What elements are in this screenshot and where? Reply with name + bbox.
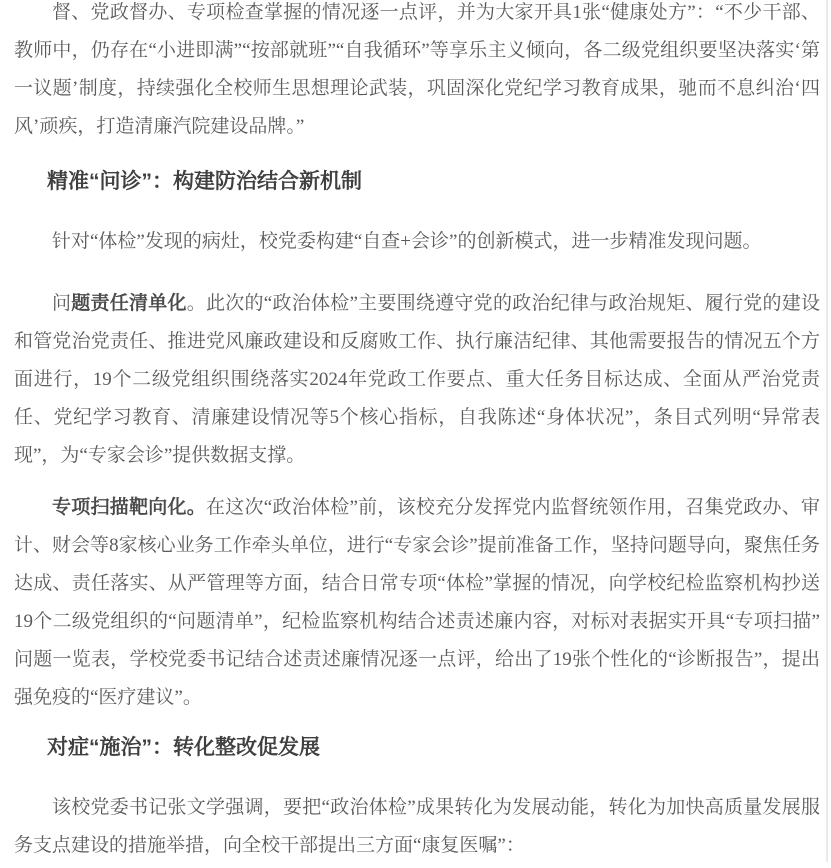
content-right-border (826, 0, 828, 862)
section-heading-targeted-treatment: 对症“施治”：转化整改促发展 (14, 732, 820, 763)
paragraph-lead-text: 问 (52, 293, 71, 314)
section-heading-precise-consultation: 精准“问诊”：构建防治结合新机制 (14, 166, 820, 197)
paragraph-lead-bold: 题责任清单化 (71, 293, 187, 314)
paragraph-body-text: 。此次的“政治体检”主要围绕遵守党的政治纪律与政治规矩、履行党的建设和管党治党责… (14, 293, 820, 466)
paragraph-lead-bold: 专项扫描靶向化。 (52, 497, 206, 518)
paragraph-special-scan: 专项扫描靶向化。在这次“政治体检”前，该校充分发挥党内监督统领作用，召集党政办、… (14, 489, 820, 717)
paragraph-problem-responsibility-list: 问题责任清单化。此次的“政治体检”主要围绕遵守党的政治纪律与政治规矩、履行党的建… (14, 285, 820, 475)
paragraph-rehab-instructions: 该校党委书记张文学强调，要把“政治体检”成果转化为发展动能，转化为加快高质量发展… (14, 789, 820, 865)
paragraph-consultation-intro: 针对“体检”发现的病灶，校党委构建“自查+会诊”的创新模式，进一步精准发现问题。 (14, 223, 820, 261)
paragraph-health-prescription: 督、党政督办、专项检查掌握的情况逐一点评，并为大家开具1张“健康处方”：“不少干… (14, 0, 820, 146)
paragraph-body-text: 在这次“政治体检”前，该校充分发挥党内监督统领作用，召集党政办、审计、财会等8家… (14, 497, 820, 708)
article-page: 督、党政督办、专项检查掌握的情况逐一点评，并为大家开具1张“健康处方”：“不少干… (0, 0, 831, 862)
